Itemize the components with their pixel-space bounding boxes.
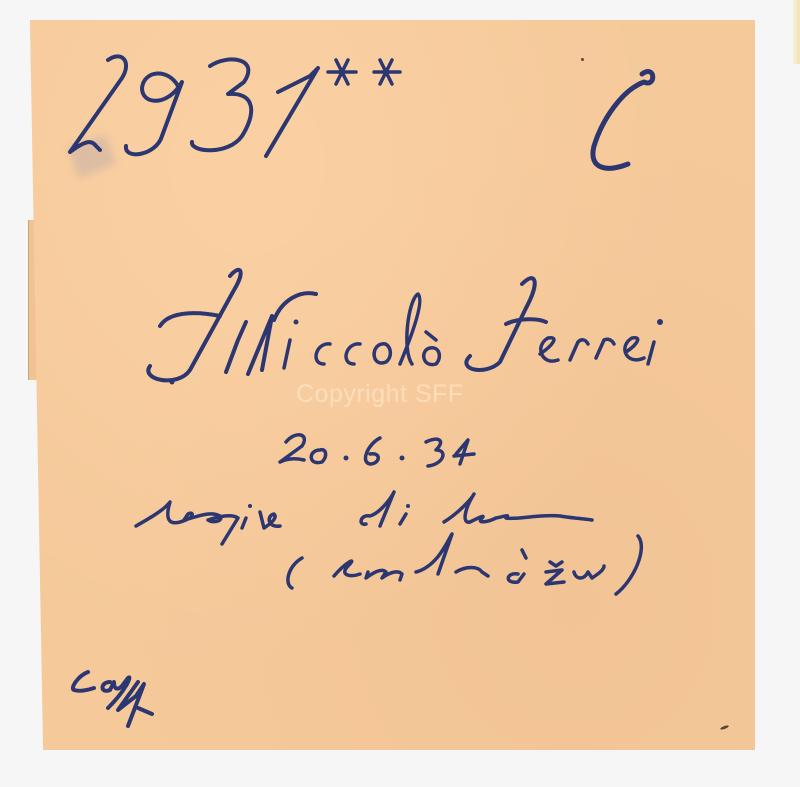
class-letter: C [582, 60, 662, 180]
paper-speck [720, 725, 729, 731]
collection-date: 20.6.34 [276, 428, 496, 478]
local-name: (linnàžu) [278, 532, 688, 612]
catalog-number: 2931 ** [60, 48, 400, 168]
copyright-watermark: Copyright SFF [296, 380, 464, 409]
locality-name: S. Niccolò Gerrei [130, 260, 730, 390]
collector-initials: Caff. [68, 668, 188, 738]
backdrop-strip [793, 0, 800, 64]
